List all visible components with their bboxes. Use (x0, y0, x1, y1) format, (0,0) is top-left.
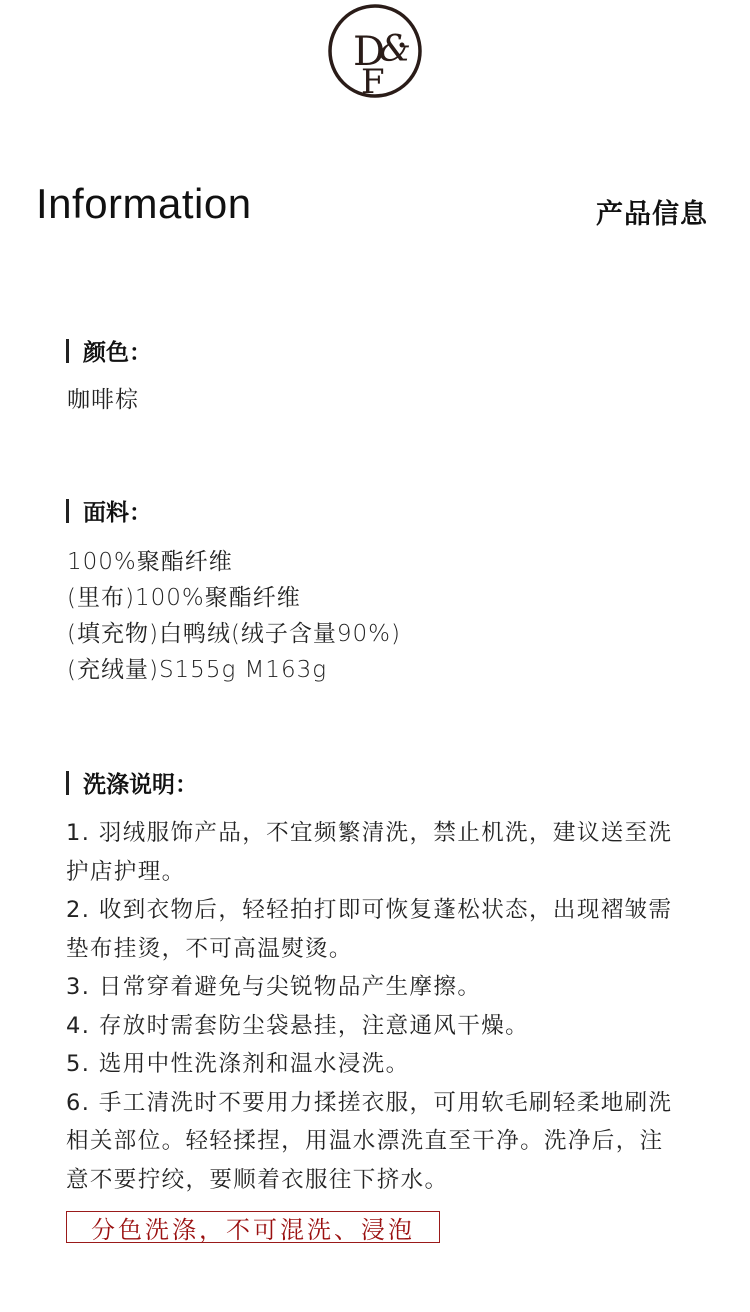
color-value: 咖啡棕 (67, 382, 139, 418)
fabric-list: 100%聚酯纤维 (里布)100%聚酯纤维 (填充物)白鸭绒(绒子含量90%) … (67, 544, 401, 688)
brand-logo: D F & (327, 3, 423, 99)
fabric-line: (里布)100%聚酯纤维 (67, 580, 401, 616)
heading-bar (66, 771, 69, 795)
washing-item: 2. 收到衣物后，轻轻拍打即可恢复蓬松状态，出现褶皱需垫布挂烫，不可高温熨烫。 (66, 891, 686, 968)
color-heading-label: 颜色： (83, 334, 152, 367)
washing-heading: 洗涤说明： (66, 766, 198, 799)
wash-warning-text: 分色洗涤，不可混洗、浸泡 (91, 1210, 415, 1245)
fabric-heading-label: 面料： (83, 494, 152, 527)
heading-bar (66, 499, 69, 523)
svg-text:&: & (379, 29, 411, 70)
color-heading: 颜色： (66, 334, 152, 367)
info-title-en: Information (36, 180, 252, 228)
washing-item: 6. 手工清洗时不要用力揉搓衣服，可用软毛刷轻柔地刷洗相关部位。轻轻揉捏，用温水… (66, 1084, 686, 1200)
fabric-line: 100%聚酯纤维 (67, 544, 401, 580)
washing-item: 4. 存放时需套防尘袋悬挂，注意通风干燥。 (66, 1007, 686, 1046)
heading-bar (66, 339, 69, 363)
brand-monogram-logo-icon: D F & (327, 3, 423, 99)
washing-item: 5. 选用中性洗涤剂和温水浸洗。 (66, 1045, 686, 1084)
info-title-cn: 产品信息 (596, 192, 708, 231)
washing-item: 1. 羽绒服饰产品，不宜频繁清洗，禁止机洗，建议送至洗护店护理。 (66, 814, 686, 891)
fabric-line: (充绒量)S155g M163g (67, 652, 401, 688)
washing-heading-label: 洗涤说明： (83, 766, 198, 799)
wash-warning-box: 分色洗涤，不可混洗、浸泡 (66, 1211, 440, 1243)
washing-item: 3. 日常穿着避免与尖锐物品产生摩擦。 (66, 968, 686, 1007)
fabric-line: (填充物)白鸭绒(绒子含量90%) (67, 616, 401, 652)
fabric-heading: 面料： (66, 494, 152, 527)
washing-list: 1. 羽绒服饰产品，不宜频繁清洗，禁止机洗，建议送至洗护店护理。 2. 收到衣物… (66, 814, 686, 1199)
